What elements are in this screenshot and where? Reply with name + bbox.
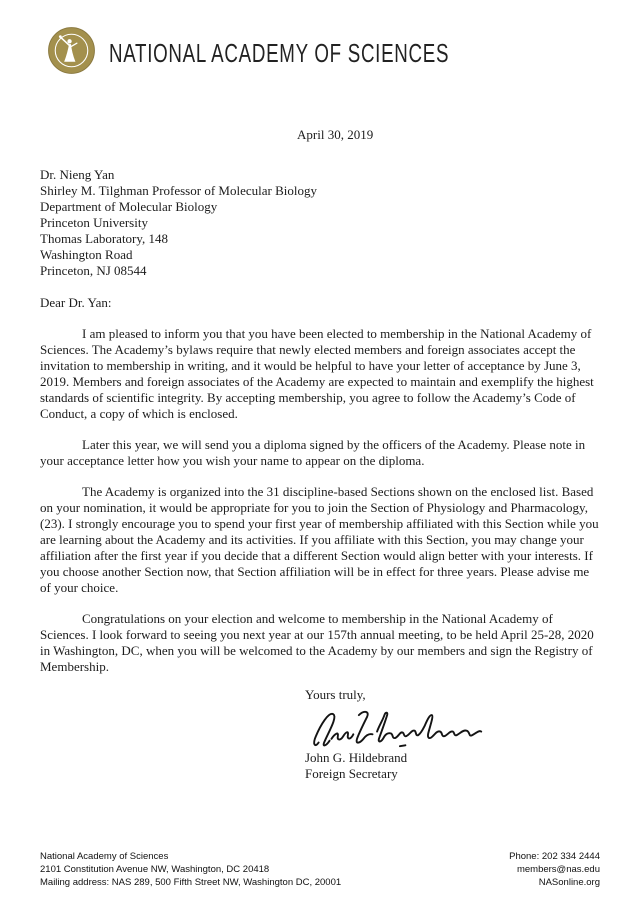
footer-phone: Phone: 202 334 2444 — [509, 850, 600, 863]
footer-mailing-address: Mailing address: NAS 289, 500 Fifth Stre… — [40, 876, 341, 889]
footer-email: members@nas.edu — [509, 863, 600, 876]
recipient-line: Thomas Laboratory, 148 — [40, 231, 603, 247]
paragraph-election: I am pleased to inform you that you have… — [40, 326, 603, 422]
recipient-line: Department of Molecular Biology — [40, 199, 603, 215]
signer-title: Foreign Secretary — [305, 766, 603, 782]
footer-org-name: National Academy of Sciences — [40, 850, 341, 863]
salutation: Dear Dr. Yan: — [40, 295, 603, 311]
letter-page: NATIONAL ACADEMY OF SCIENCES April 30, 2… — [0, 0, 640, 914]
letter-body: April 30, 2019 Dr. Nieng Yan Shirley M. … — [40, 127, 603, 782]
valediction: Yours truly, — [305, 687, 603, 703]
recipient-line: Washington Road — [40, 247, 603, 263]
recipient-line: Shirley M. Tilghman Professor of Molecul… — [40, 183, 603, 199]
letterhead: NATIONAL ACADEMY OF SCIENCES — [48, 27, 582, 79]
signature-image — [305, 706, 603, 748]
footer-contact-block: Phone: 202 334 2444 members@nas.edu NASo… — [509, 850, 600, 889]
closing-block: Yours truly, John G. Hildebrand Foreign … — [305, 687, 603, 782]
footer-website: NASonline.org — [509, 876, 600, 889]
letter-date: April 30, 2019 — [297, 127, 603, 143]
nas-seal-icon — [48, 27, 95, 79]
paragraph-diploma: Later this year, we will send you a dipl… — [40, 437, 603, 469]
recipient-line: Princeton University — [40, 215, 603, 231]
letter-footer: National Academy of Sciences 2101 Consti… — [40, 850, 600, 889]
footer-address-block: National Academy of Sciences 2101 Consti… — [40, 850, 341, 889]
recipient-line: Princeton, NJ 08544 — [40, 263, 603, 279]
recipient-line: Dr. Nieng Yan — [40, 167, 603, 183]
paragraph-sections: The Academy is organized into the 31 dis… — [40, 484, 603, 596]
recipient-address: Dr. Nieng Yan Shirley M. Tilghman Profes… — [40, 167, 603, 279]
org-name: NATIONAL ACADEMY OF SCIENCES — [109, 38, 449, 69]
paragraph-congratulations: Congratulations on your election and wel… — [40, 611, 603, 675]
footer-street-address: 2101 Constitution Avenue NW, Washington,… — [40, 863, 341, 876]
signer-name: John G. Hildebrand — [305, 750, 603, 766]
